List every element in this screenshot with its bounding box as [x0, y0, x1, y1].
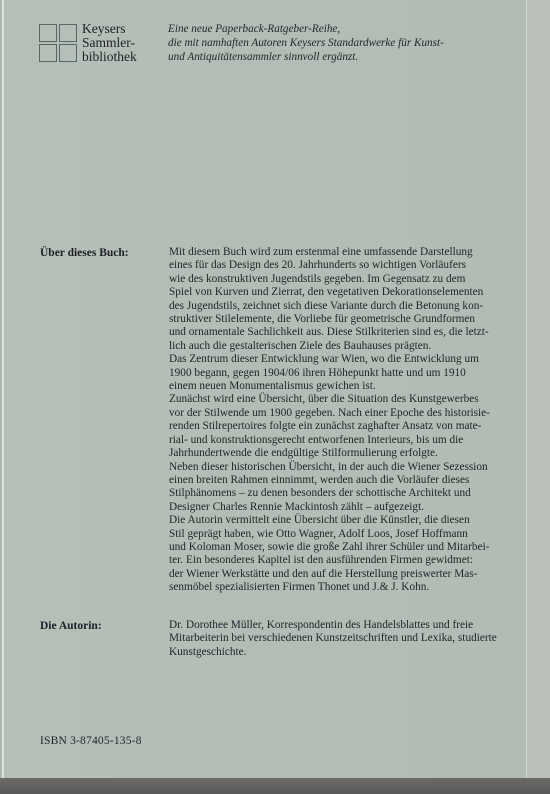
about-book-line: des Jugendstils, zeichnet sich diese Var… — [169, 300, 490, 313]
about-book-line: senmöbel spezialisierten Firmen Thonet u… — [169, 581, 490, 594]
about-book-line: Die Autorin vermittelt eine Übersicht üb… — [169, 514, 490, 527]
about-book-line: und Koloman Moser, sowie die große Zahl … — [169, 541, 490, 554]
logo-square — [59, 44, 77, 62]
about-author-label: Die Autorin: — [40, 620, 102, 632]
about-author-text: Dr. Dorothee Müller, Korrespondentin des… — [169, 619, 497, 659]
about-book-label: Über dieses Buch: — [40, 247, 129, 259]
tagline-line: die mit namhaften Autoren Keysers Standa… — [168, 36, 444, 50]
about-book-line: renden Stilrepertoires folgte ein zunäch… — [169, 420, 490, 433]
tagline-line: Eine neue Paperback-Ratgeber-Reihe, — [168, 22, 444, 36]
isbn-number: ISBN 3-87405-135-8 — [40, 735, 142, 747]
series-name: Keysers Sammler- bibliothek — [82, 22, 137, 64]
about-book-line: einen breiten Rahmen einnimmt, werden au… — [169, 474, 490, 487]
about-book-line: Designer Charles Rennie Mackintosh zählt… — [169, 501, 490, 514]
about-author-line: Dr. Dorothee Müller, Korrespondentin des… — [169, 619, 497, 632]
about-book-line: struktiver Stilelemente, die Vorliebe fü… — [169, 313, 490, 326]
bottom-shadow-band — [0, 778, 550, 794]
about-book-line: Neben dieser historischen Übersicht, in … — [169, 461, 490, 474]
four-square-grid-icon — [39, 24, 79, 64]
series-name-line: Keysers — [82, 22, 137, 36]
about-book-line: Zunächst wird eine Übersicht, über die S… — [169, 393, 490, 406]
about-book-line: einem neuen Monumentalismus gewichen ist… — [169, 380, 490, 393]
about-author-line: Mitarbeiterin bei verschiedenen Kunstzei… — [169, 632, 497, 645]
about-author-line: Kunstgeschichte. — [169, 646, 497, 659]
logo-square — [39, 44, 57, 62]
about-book-line: und ornamentale Sachlichkeit aus. Diese … — [169, 326, 490, 339]
series-tagline: Eine neue Paperback-Ratgeber-Reihe, die … — [168, 22, 444, 64]
about-book-line: Das Zentrum dieser Entwicklung war Wien,… — [169, 353, 490, 366]
about-book-line: Stilphänomens – zu denen besonders der s… — [169, 487, 490, 500]
about-book-line: ter. Ein besonderes Kapitel ist den ausf… — [169, 554, 490, 567]
spine-strip — [527, 0, 550, 778]
about-book-line: vor der Stilwende um 1900 gegeben. Nach … — [169, 407, 490, 420]
series-name-line: Sammler- — [82, 36, 137, 50]
about-book-line: Mit diesem Buch wird zum erstenmal eine … — [169, 246, 490, 259]
about-book-line: eines für das Design des 20. Jahrhundert… — [169, 259, 490, 272]
tagline-line: und Antiquitätensammler sinnvoll ergänzt… — [168, 50, 444, 64]
about-book-line: Jahrhundertwende die endgültige Stilform… — [169, 447, 490, 460]
logo-square — [39, 24, 57, 42]
series-name-line: bibliothek — [82, 50, 137, 64]
about-book-text: Mit diesem Buch wird zum erstenmal eine … — [169, 246, 490, 595]
about-book-line: 1900 begann, gegen 1904/06 ihren Höhepun… — [169, 367, 490, 380]
cover-left-edge — [2, 0, 4, 778]
logo-square — [59, 24, 77, 42]
about-book-line: der Wiener Werkstätte und den auf die He… — [169, 568, 490, 581]
about-book-line: wie des konstruktiven Jugendstils gegebe… — [169, 273, 490, 286]
about-book-line: Spiel von Kurven und Zierrat, den vegeta… — [169, 286, 490, 299]
about-book-line: lich auch die gestalterischen Ziele des … — [169, 340, 490, 353]
about-book-line: rial- und konstruktionsgerecht entworfen… — [169, 434, 490, 447]
about-book-line: Stil geprägt haben, wie Otto Wagner, Ado… — [169, 528, 490, 541]
